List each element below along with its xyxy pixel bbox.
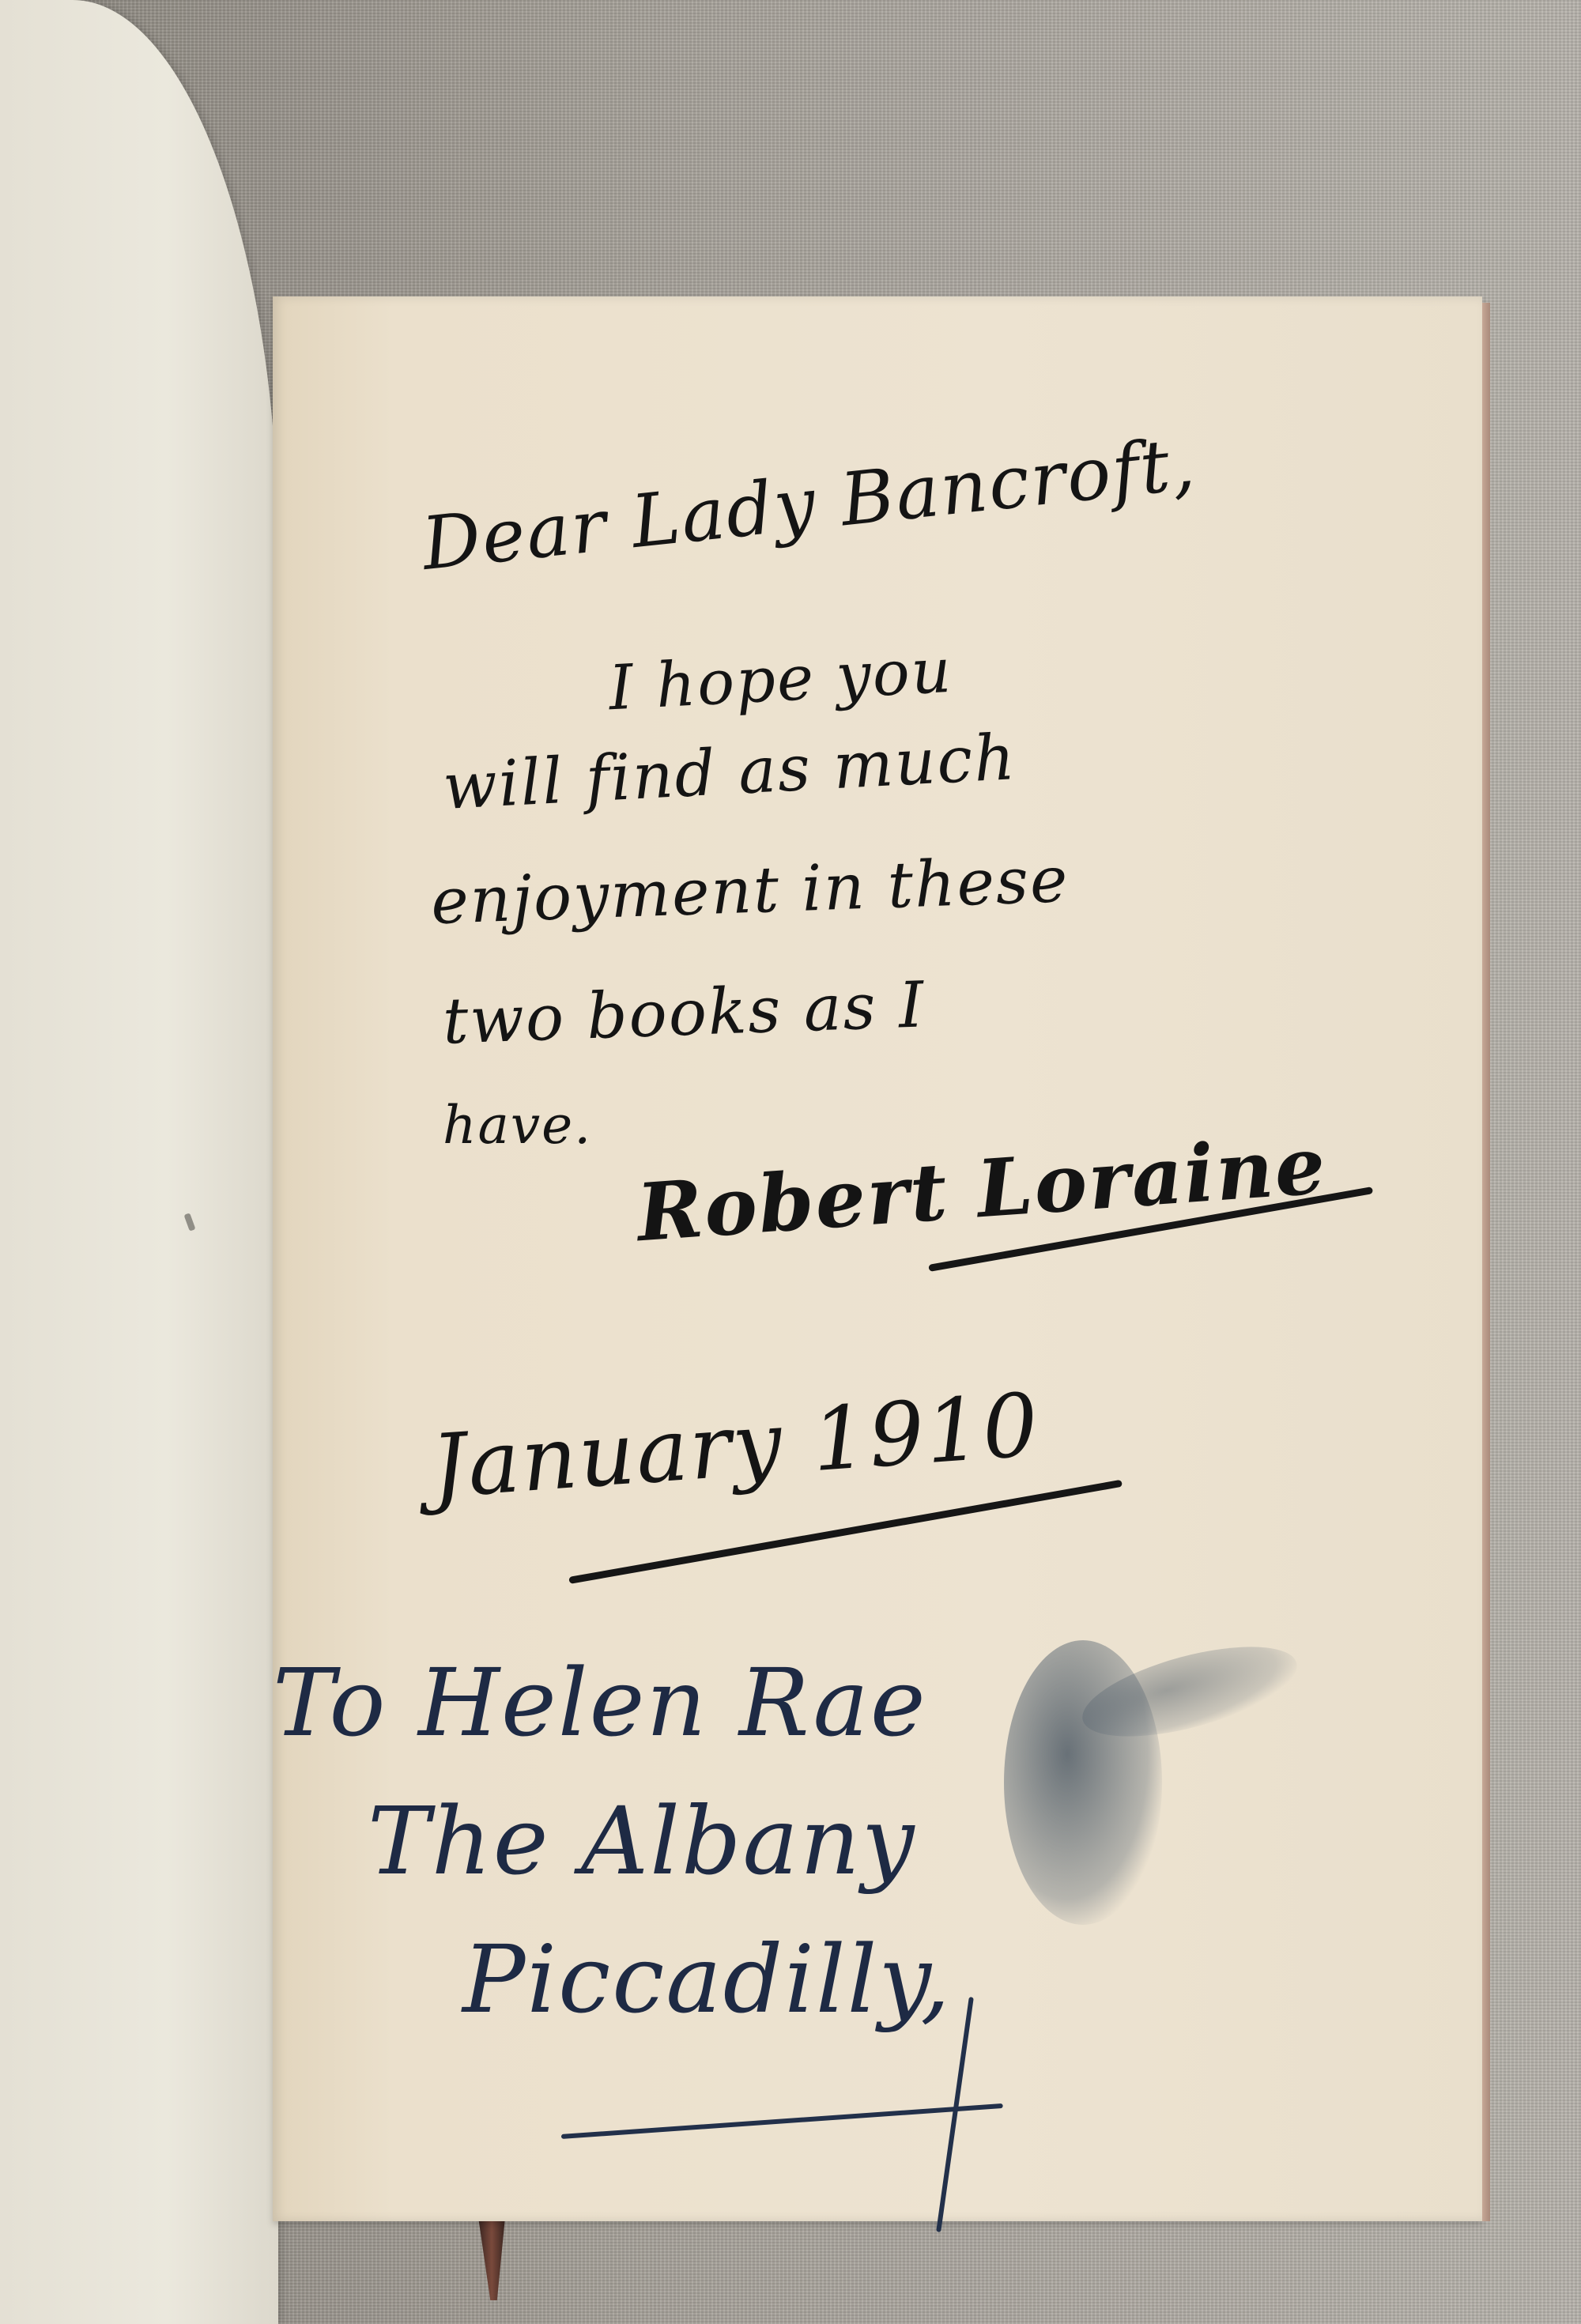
recipient-line-3: Piccadilly, — [462, 1925, 952, 2034]
inscription-line-4: two books as I — [442, 968, 926, 1058]
inscription-line-3: enjoyment in these — [430, 843, 1070, 938]
inscription-line-1: I hope you — [607, 636, 954, 725]
flyleaf-page: Dear Lady Bancroft, I hope you will find… — [273, 296, 1482, 2221]
date: January 1910 — [428, 1374, 1043, 1517]
recipient-line-2: The Albany — [368, 1786, 916, 1896]
salutation: Dear Lady Bancroft, — [418, 421, 1200, 587]
recipient-underline — [561, 2103, 1003, 2139]
page-blemish — [183, 1213, 195, 1231]
inscription-line-2: will find as much — [441, 720, 1018, 824]
recipient-line-1: To Helen Rae — [273, 1648, 927, 1757]
inscription-line-5: have. — [443, 1095, 592, 1156]
page-edge — [1482, 303, 1490, 2221]
left-page — [0, 0, 278, 2324]
signature: Robert Loraine — [634, 1119, 1330, 1260]
